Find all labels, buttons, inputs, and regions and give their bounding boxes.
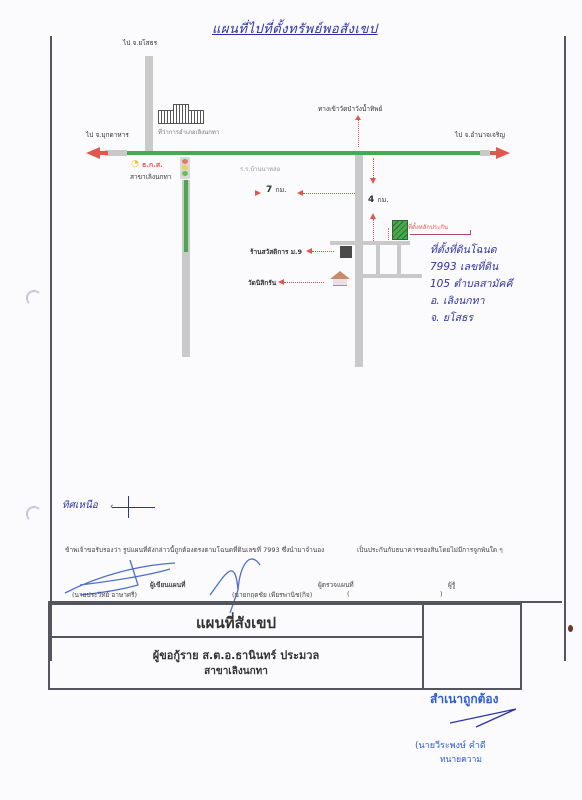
bank-logo-icon: ◔ [131,159,139,169]
label-north: ทิศเหนือ [62,497,98,514]
district-office-icon [158,104,204,122]
road-north [145,56,153,152]
binder-hole [26,506,42,522]
certification-divider [48,601,562,603]
label-to-north: ไป จ.ยโสธร [123,38,157,48]
footer-info-box: ผู้ขอกู้ราย ส.ต.อ.ธานินทร์ ประมวล สาขาเล… [48,636,424,690]
label-property: ที่ตั้งหลักประกัน [408,222,448,232]
arrow-west-shaft [98,151,108,155]
label-temple: วัดนิสิกรัน [248,278,276,288]
lawyer-title: ทนายความ [440,752,482,766]
footer-heading-box: แผนที่สังเขป [48,603,424,637]
distance-west-line [303,193,355,194]
signature-lawyer [448,705,520,730]
shop-pointer-line [312,251,334,252]
distance-south: 4 กม. [368,195,388,206]
approver-role: ผู้รู้ [448,580,455,590]
borrower-name: ผู้ขอกู้ราย ส.ต.อ.ธานินทร์ ประมวล [50,646,422,664]
north-arrow-cross [128,496,129,518]
traffic-light-icon [180,157,190,179]
label-village-school: ร.ร.บ้านนาหล่อ [240,164,280,174]
main-highway [127,151,480,155]
label-district-office: ที่ว่าการอำเภอเลิงนกทา [158,127,219,137]
label-to-east: ไป จ.อำนาจเจริญ [455,130,505,140]
distance-west: 7 กม. [266,185,286,196]
temple-icon [330,271,350,279]
lawyer-name: (นายวีระพงษ์ คำดี [415,738,486,752]
label-bank-branch: สาขาเลิงนกทา [130,172,171,182]
property-line [388,228,389,240]
road-west-end [105,150,127,156]
drawer-name: (นายประวิทย์ อาษาศรี) [72,590,137,600]
temple-entrance-line [358,117,359,147]
ink-dot [568,625,573,632]
road-east-end [480,150,490,156]
side-road-3 [397,245,401,275]
arrow-down-icon [370,178,376,184]
property-pointer-line [410,234,470,235]
arrow-up-icon [355,115,361,120]
footer-heading: แผนที่สังเขป [50,611,422,635]
arrow-east-icon [496,147,510,159]
north-arrow-icon [112,507,155,508]
arrow-left-icon [306,248,312,254]
label-bank: ธ.ก.ส. [142,160,163,171]
shop-icon [340,246,352,258]
checker-name: (นายกฤตชัย เพียรพานิช(กิจ) [232,590,312,600]
label-shop: ร้านสวัสดิการ ม.9 [250,247,302,257]
certification-statement-cont: เป็นประกันกับธนาคารของสินโดยไม่มีการจูกพ… [357,545,503,555]
temple-base [333,279,347,286]
binder-hole [26,290,42,306]
branch-name: สาขาเลิงนกทา [50,664,422,679]
side-road-4 [360,274,422,278]
road-southwest-green [184,180,188,252]
north-arrow-head: ‹ [110,503,114,512]
property-pointer-tick [470,230,471,235]
inspector-role: ผู้ตรวจแผนที่ [318,580,354,590]
inspector-name-open: ( [347,590,350,598]
temple-pointer-line [284,282,324,283]
footer-side-box [422,603,522,690]
document-title: แผนที่ไปที่ตั้งทรัพย์พอสังเขป [212,18,378,39]
side-road-2 [376,245,380,275]
road-south [355,155,363,367]
certification-statement: ข้าพเจ้าขอรับรองว่า รูปแผนที่ดังกล่าวนี้… [65,545,324,555]
distance-south-line [373,158,374,178]
property-marker-icon [392,220,408,240]
distance-south-line [373,219,374,241]
arrow-right-icon [255,190,261,196]
label-temple-entrance: ทางเข้าวัดป่าวังน้ำทิพย์ [318,104,382,114]
arrow-left-icon [278,279,284,285]
label-to-west: ไป จ.มุกดาหาร [86,130,129,140]
inspector-name-close: ) [440,590,443,598]
handwritten-note: ที่ตั้งที่ดินโฉนด 7993 เลขที่ดิน 105 ตำบ… [430,242,512,327]
drawer-role: ผู้เขียนแผนที่ [150,580,185,590]
